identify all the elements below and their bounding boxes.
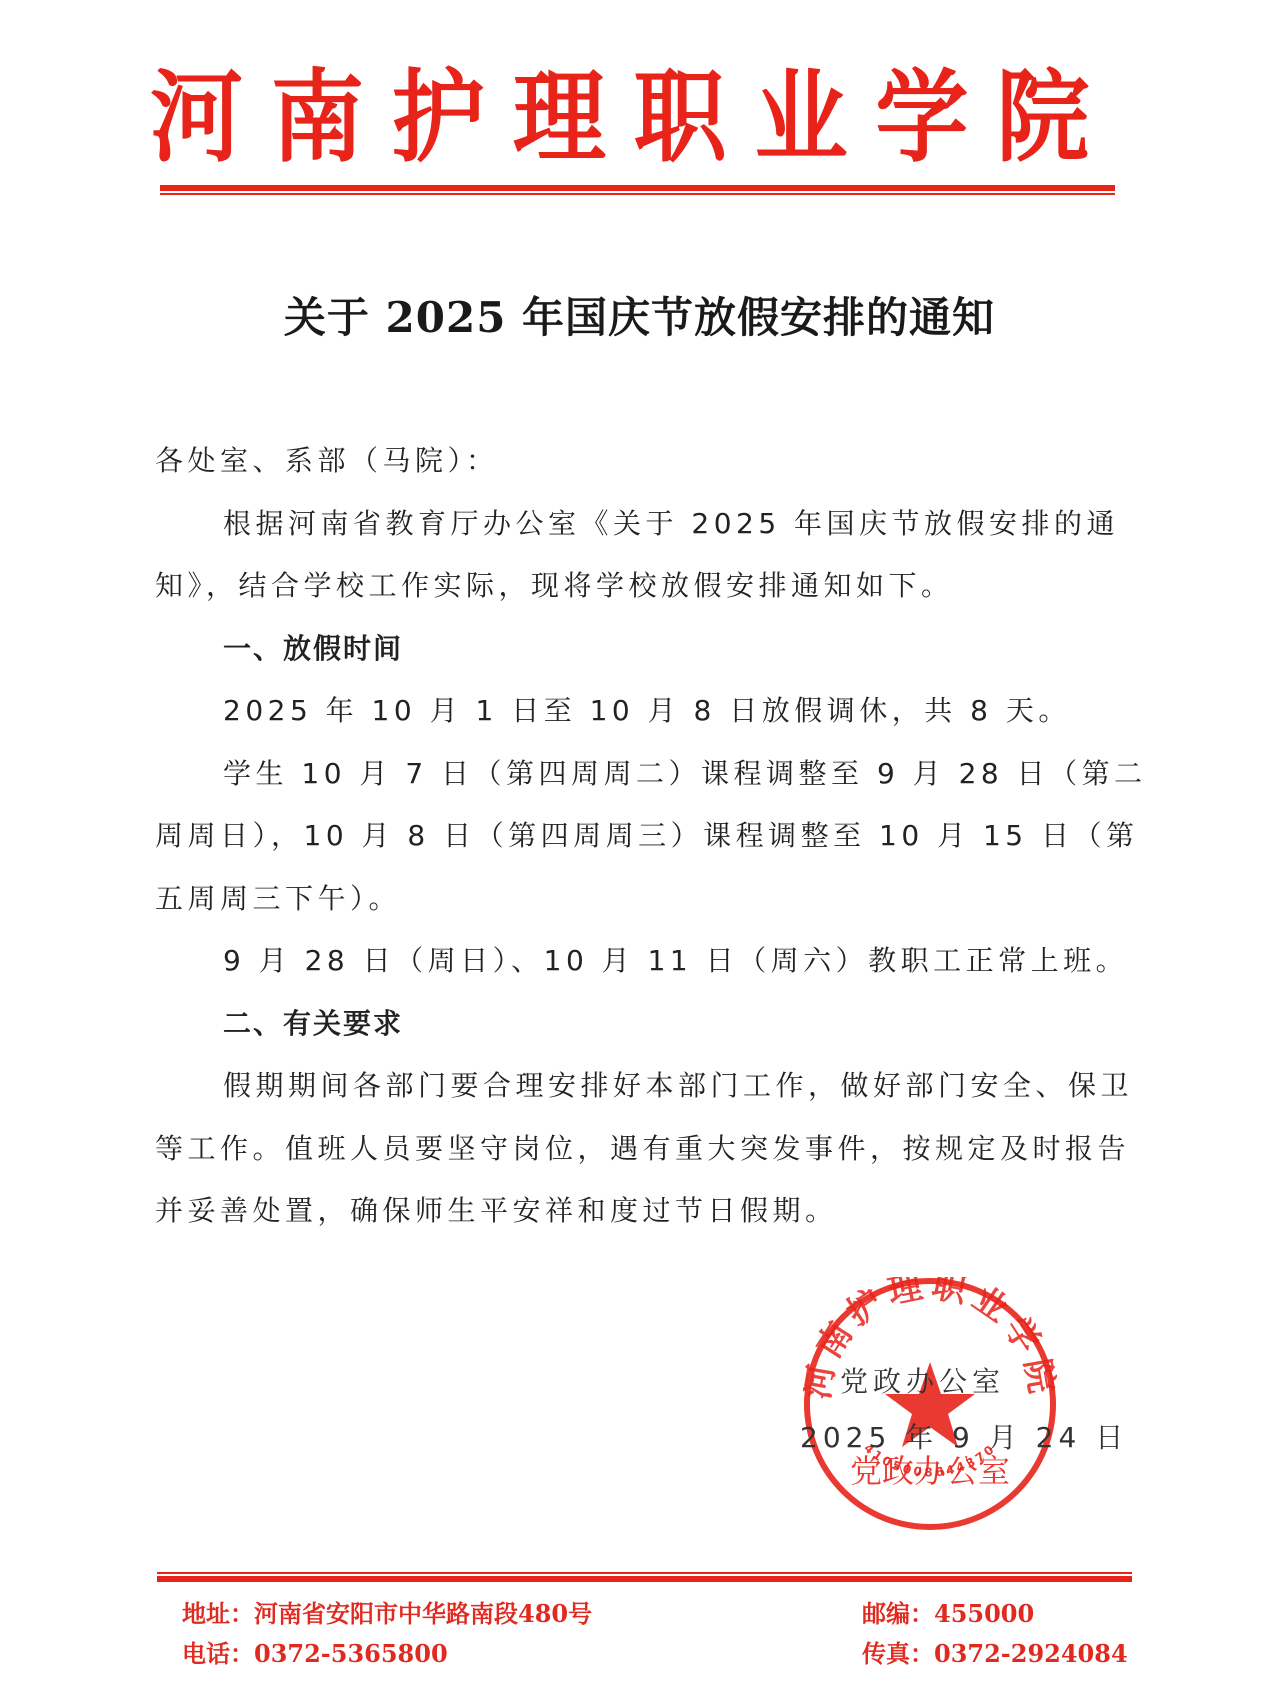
footer-fax: 传真：0372-2924084 xyxy=(862,1634,1128,1669)
footer-address: 地址：河南省安阳市中华路南段480号 xyxy=(182,1594,592,1629)
issue-date: 2025 年 9 月 24 日 xyxy=(800,1416,1128,1456)
salutation: 各处室、系部（马院）： xyxy=(155,430,1155,493)
phone-label: 电话： xyxy=(182,1639,254,1668)
phone-value: 0372-5365800 xyxy=(254,1639,448,1668)
footer-rule-thin xyxy=(157,1572,1132,1574)
footer-rule-thick xyxy=(157,1576,1132,1582)
seal-icon: 河南护理职业学院 党政办公室 4105008644370 xyxy=(803,1277,1057,1531)
fax-value: 0372-2924084 xyxy=(934,1639,1128,1668)
address-label: 地址： xyxy=(182,1599,254,1628)
footer-postcode: 邮编：455000 xyxy=(862,1594,1034,1629)
section-heading-holiday-time: 一、放假时间 xyxy=(155,618,1155,681)
header-rule-thin xyxy=(160,193,1115,195)
paragraph-intro: 根据河南省教育厅办公室《关于 2025 年国庆节放假安排的通知》，结合学校工作实… xyxy=(155,493,1155,618)
postcode-value: 455000 xyxy=(934,1599,1034,1628)
issuer-signature: 党政办公室 xyxy=(840,1360,1005,1400)
paragraph-holiday-dates: 2025 年 10 月 1 日至 10 月 8 日放假调休，共 8 天。 xyxy=(155,680,1155,743)
paragraph-staff-workdays: 9 月 28 日（周日）、10 月 11 日（周六）教职工正常上班。 xyxy=(155,930,1155,993)
fax-label: 传真： xyxy=(862,1639,934,1668)
document-title: 关于 2025 年国庆节放假安排的通知 xyxy=(0,292,1279,344)
address-value: 河南省安阳市中华路南段480号 xyxy=(254,1599,592,1628)
official-seal: 河南护理职业学院 党政办公室 4105008644370 xyxy=(803,1277,1057,1531)
postcode-label: 邮编： xyxy=(862,1599,934,1628)
header-rule-thick xyxy=(160,185,1115,191)
paragraph-requirements: 假期期间各部门要合理安排好本部门工作，做好部门安全、保卫等工作。值班人员要坚守岗… xyxy=(155,1055,1155,1243)
document-body: 各处室、系部（马院）： 根据河南省教育厅办公室《关于 2025 年国庆节放假安排… xyxy=(155,430,1155,1243)
institution-masthead: 河南护理职业学院 xyxy=(150,60,1043,175)
paragraph-class-adjustment: 学生 10 月 7 日（第四周周二）课程调整至 9 月 28 日（第二周周日），… xyxy=(155,743,1155,931)
footer-phone: 电话：0372-5365800 xyxy=(182,1634,448,1669)
section-heading-requirements: 二、有关要求 xyxy=(155,993,1155,1056)
